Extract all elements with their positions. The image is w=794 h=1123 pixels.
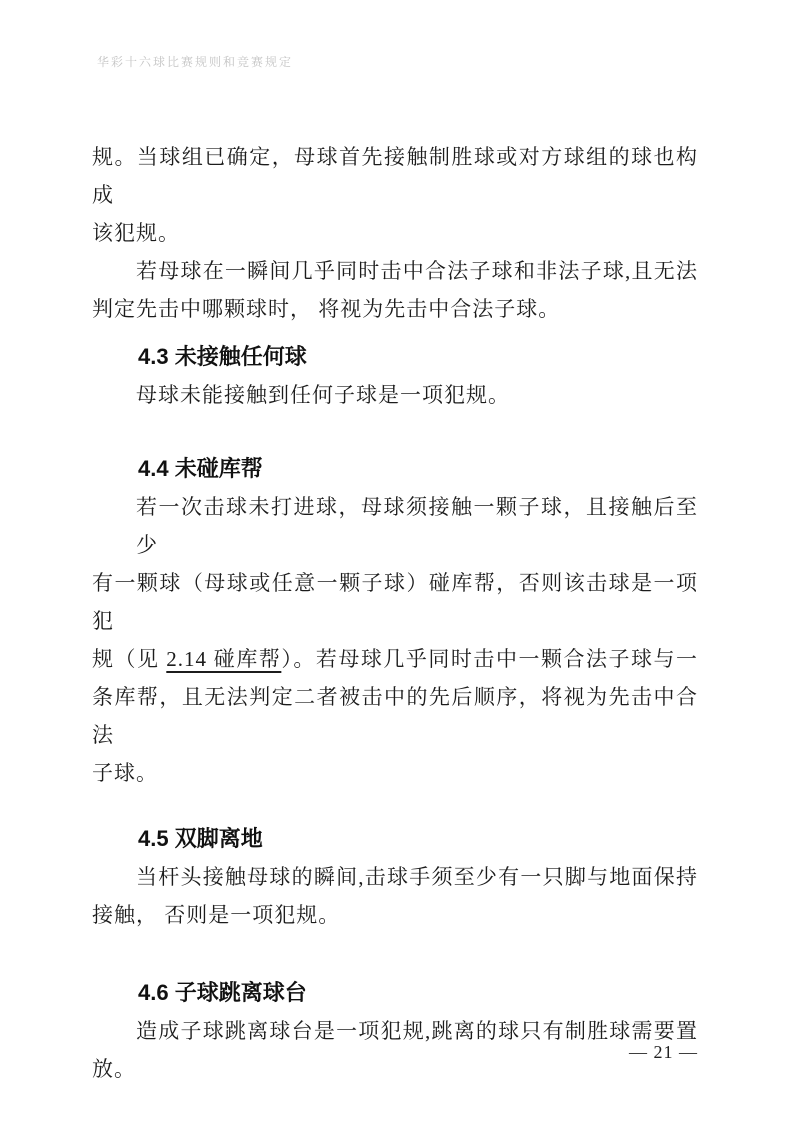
section-heading-4-4: 4.4 未碰库帮: [92, 450, 698, 488]
paragraph-simultaneous-hit: 若母球在一瞬间几乎同时击中合法子球和非法子球,且无法 判定先击中哪颗球时， 将视…: [92, 252, 698, 328]
paragraph-4-4: 若一次击球未打进球，母球须接触一颗子球，且接触后至少 有一颗球（母球或任意一颗子…: [92, 488, 698, 792]
page-number: — 21 —: [629, 1042, 698, 1063]
text-line: 造成子球跳离球台是一项犯规,跳离的球只有制胜球需要置: [92, 1012, 698, 1050]
text-line: 当杆头接触母球的瞬间,击球手须至少有一只脚与地面保持: [92, 858, 698, 896]
text-line: 该犯规。: [92, 214, 698, 252]
document-page: 华彩十六球比赛规则和竞赛规定 规。当球组已确定，母球首先接触制胜球或对方球组的球…: [0, 0, 794, 1123]
paragraph-4-3: 母球未能接触到任何子球是一项犯规。: [92, 376, 698, 414]
section-heading-4-3: 4.3 未接触任何球: [92, 338, 698, 376]
text-line: 放。: [92, 1050, 698, 1088]
text-line: 若母球在一瞬间几乎同时击中合法子球和非法子球,且无法: [92, 252, 698, 290]
text-line: 子球。: [92, 754, 698, 792]
cross-reference-link[interactable]: 2.14 碰库帮: [166, 647, 281, 671]
text-line: 有一颗球（母球或任意一颗子球）碰库帮，否则该击球是一项犯: [92, 564, 698, 640]
document-content: 规。当球组已确定，母球首先接触制胜球或对方球组的球也构成 该犯规。 若母球在一瞬…: [92, 138, 698, 1088]
paragraph-4-6: 造成子球跳离球台是一项犯规,跳离的球只有制胜球需要置 放。: [92, 1012, 698, 1088]
text-line: 母球未能接触到任何子球是一项犯规。: [92, 376, 698, 414]
text-line: 判定先击中哪颗球时， 将视为先击中合法子球。: [92, 290, 698, 328]
text-line-with-reference: 规（见 2.14 碰库帮）。若母球几乎同时击中一颗合法子球与一: [92, 640, 698, 678]
section-heading-4-6: 4.6 子球跳离球台: [92, 974, 698, 1012]
section-heading-4-5: 4.5 双脚离地: [92, 820, 698, 858]
running-header: 华彩十六球比赛规则和竞赛规定: [97, 53, 293, 70]
text-line: 规。当球组已确定，母球首先接触制胜球或对方球组的球也构成: [92, 138, 698, 214]
text-line: 若一次击球未打进球，母球须接触一颗子球，且接触后至少: [92, 488, 698, 564]
paragraph-carryover: 规。当球组已确定，母球首先接触制胜球或对方球组的球也构成 该犯规。: [92, 138, 698, 252]
text-segment: ）。若母球几乎同时击中一颗合法子球与一: [281, 647, 698, 671]
paragraph-4-5: 当杆头接触母球的瞬间,击球手须至少有一只脚与地面保持 接触， 否则是一项犯规。: [92, 858, 698, 934]
text-line: 条库帮，且无法判定二者被击中的先后顺序，将视为先击中合法: [92, 678, 698, 754]
text-line: 接触， 否则是一项犯规。: [92, 896, 698, 934]
text-segment: 规（见: [92, 647, 166, 671]
